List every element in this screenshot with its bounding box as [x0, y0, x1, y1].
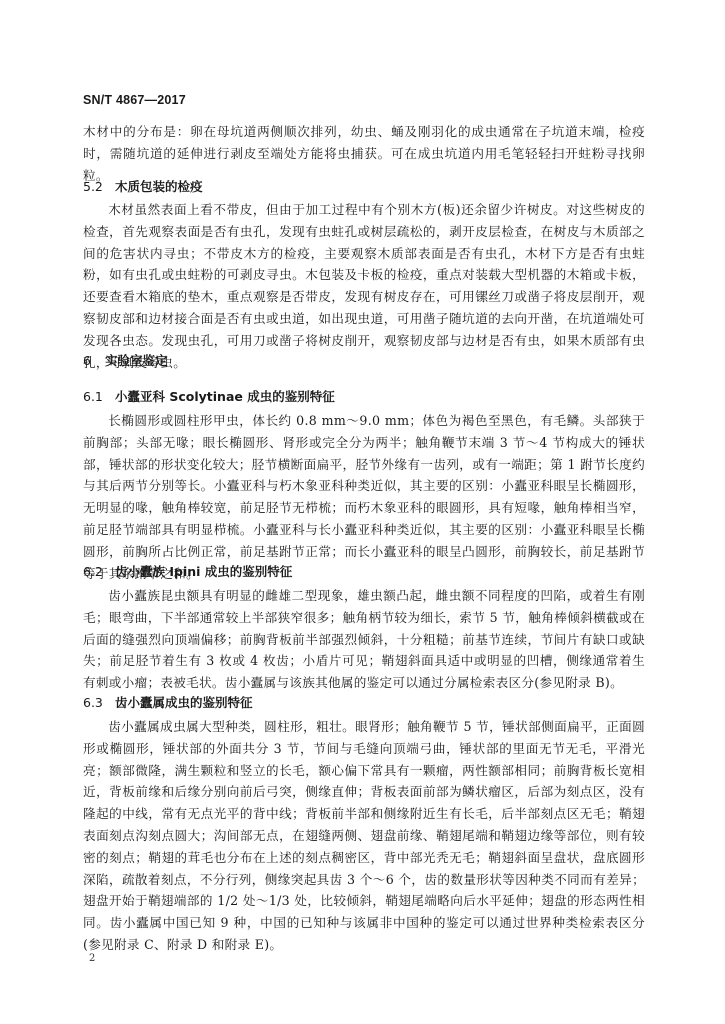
page-number: 2 [89, 953, 95, 964]
standard-code-header: SN/T 4867—2017 [83, 93, 186, 107]
section-number: 5.2 [83, 179, 115, 194]
section-6-3-body: 齿小蠹属成虫属大型种类，圆柱形，粗壮。眼肾形；触角鞭节 5 节，锤状部侧面扁平，… [83, 716, 645, 956]
section-heading-6: 6实验室鉴定 [83, 351, 168, 369]
section-heading-6-1: 6.1小蠹亚科 Scolytinae 成虫的鉴别特征 [83, 387, 335, 405]
section-heading-6-2: 6.2齿小蠹族 Ipini 成虫的鉴别特征 [83, 562, 292, 580]
section-title: 齿小蠹属成虫的鉴别特征 [115, 695, 253, 710]
section-number: 6.2 [83, 564, 115, 579]
section-heading-6-3: 6.3齿小蠹属成虫的鉴别特征 [83, 693, 253, 711]
section-title: 齿小蠹族 Ipini 成虫的鉴别特征 [115, 564, 292, 579]
section-heading-5-2: 5.2木质包装的检疫 [83, 177, 203, 195]
section-title: 木质包装的检疫 [115, 179, 203, 194]
section-6-1-body: 长椭圆形或圆柱形甲虫，体长约 0.8 mm～9.0 mm；体色为褐色至黑色，有毛… [83, 410, 645, 584]
section-6-2-body: 齿小蠹族昆虫额具有明显的雌雄二型现象，雄虫额凸起，雌虫额不同程度的凹陷，或着生有… [83, 585, 645, 694]
section-number: 6.3 [83, 695, 115, 710]
section-5-2-body: 木材虽然表面上看不带皮，但由于加工过程中有个别木方(板)还余留少许树皮。对这些树… [83, 199, 645, 373]
section-title: 实验室鉴定 [105, 353, 168, 368]
section-number: 6 [83, 353, 105, 368]
section-title: 小蠹亚科 Scolytinae 成虫的鉴别特征 [115, 389, 335, 404]
section-number: 6.1 [83, 389, 115, 404]
